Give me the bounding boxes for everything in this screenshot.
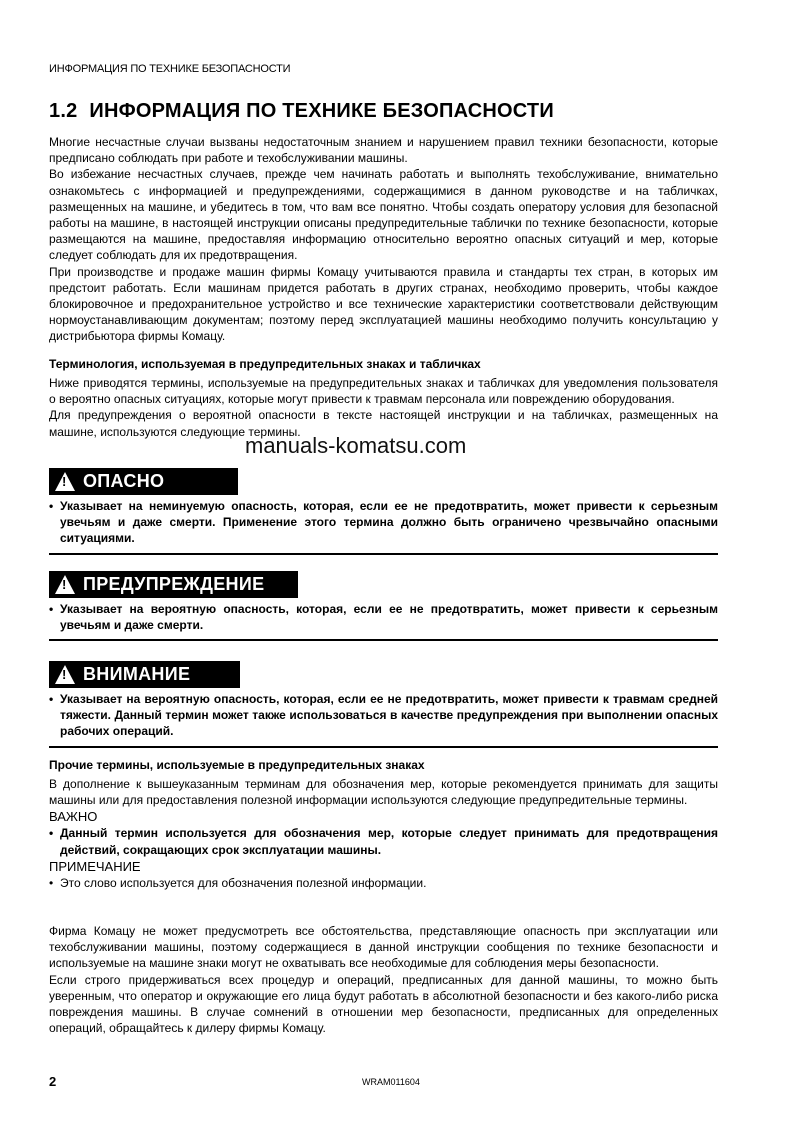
note-text: Это слово используется для обозначения п… (49, 875, 718, 891)
signal-description: Указывает на неминуемую опасность, котор… (49, 498, 718, 547)
important-label: ВАЖНО (49, 808, 718, 825)
other-terms-section: Прочие термины, используемые в предупред… (49, 757, 718, 891)
signal-label-caution: ВНИМАНИЕ (49, 661, 240, 688)
signal-label-text: ВНИМАНИЕ (83, 664, 190, 685)
warning-triangle-icon (55, 665, 75, 684)
intro-paragraph: Во избежание несчастных случаев, прежде … (49, 166, 718, 263)
closing-section: Фирма Комацу не может предусмотреть все … (49, 923, 718, 1036)
signal-label-text: ПРЕДУПРЕЖДЕНИЕ (83, 574, 264, 595)
signal-danger: ОПАСНО Указывает на неминуемую опасность… (49, 468, 718, 555)
terminology-heading: Терминология, используемая в предупредит… (49, 356, 718, 372)
document-code: WRAM011604 (362, 1077, 420, 1087)
divider (49, 553, 718, 555)
intro-paragraph: Многие несчастные случаи вызваны недоста… (49, 134, 718, 166)
signal-label-warning: ПРЕДУПРЕЖДЕНИЕ (49, 571, 298, 598)
intro-section: Многие несчастные случаи вызваны недоста… (49, 134, 718, 345)
important-text: Данный термин используется для обозначен… (49, 825, 718, 857)
running-header: ИНФОРМАЦИЯ ПО ТЕХНИКЕ БЕЗОПАСНОСТИ (49, 63, 290, 75)
signal-label-text: ОПАСНО (83, 471, 164, 492)
section-number: 1.2 (49, 100, 77, 122)
warning-triangle-icon (55, 575, 75, 594)
watermark: manuals-komatsu.com (245, 433, 466, 459)
warning-triangle-icon (55, 472, 75, 491)
divider (49, 639, 718, 641)
other-terms-heading: Прочие термины, используемые в предупред… (49, 757, 718, 773)
divider (49, 746, 718, 748)
other-terms-intro: В дополнение к вышеуказанным терминам дл… (49, 776, 718, 808)
signal-description: Указывает на вероятную опасность, котора… (49, 691, 718, 740)
signal-label-danger: ОПАСНО (49, 468, 238, 495)
closing-paragraph: Если строго придерживаться всех процедур… (49, 972, 718, 1037)
note-label: ПРИМЕЧАНИЕ (49, 858, 718, 875)
section-title-text: ИНФОРМАЦИЯ ПО ТЕХНИКЕ БЕЗОПАСНОСТИ (89, 100, 554, 122)
terminology-section: Терминология, используемая в предупредит… (49, 356, 718, 440)
intro-paragraph: При производстве и продаже машин фирмы К… (49, 264, 718, 345)
page-number: 2 (49, 1074, 56, 1089)
terminology-paragraph: Ниже приводятся термины, используемые на… (49, 375, 718, 407)
section-title: 1.2ИНФОРМАЦИЯ ПО ТЕХНИКЕ БЕЗОПАСНОСТИ (49, 100, 554, 123)
closing-paragraph: Фирма Комацу не может предусмотреть все … (49, 923, 718, 972)
signal-caution: ВНИМАНИЕ Указывает на вероятную опасност… (49, 661, 718, 748)
signal-warning: ПРЕДУПРЕЖДЕНИЕ Указывает на вероятную оп… (49, 571, 718, 641)
signal-description: Указывает на вероятную опасность, котора… (49, 601, 718, 633)
